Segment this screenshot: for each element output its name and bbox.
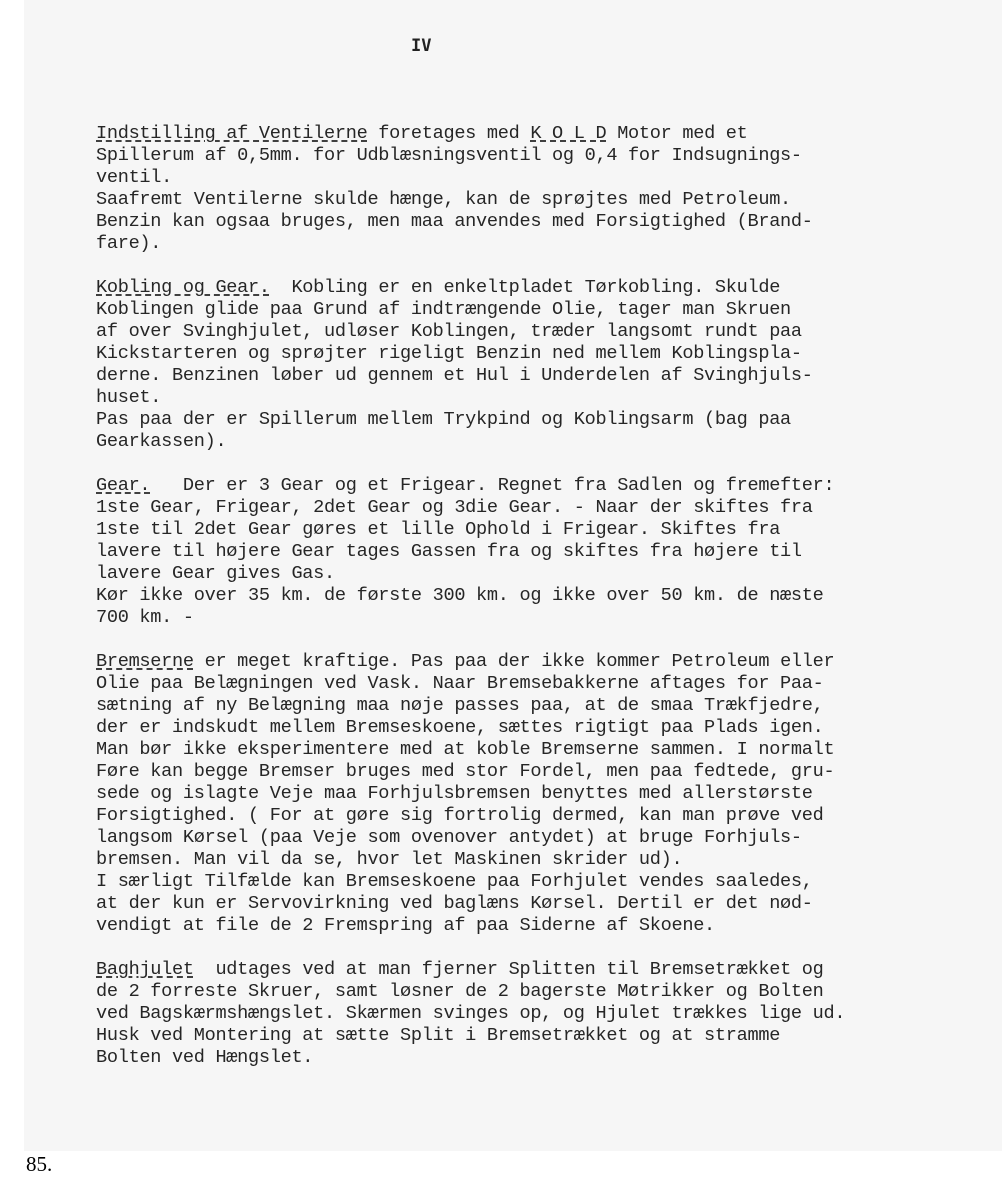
- section-heading: Bremserne: [96, 651, 194, 672]
- text-line: Forsigtighed. ( For at gøre sig fortroli…: [96, 805, 1002, 827]
- text-line: der er indskudt mellem Bremseskoene, sæt…: [96, 717, 1002, 739]
- text-line: Saafremt Ventilerne skulde hænge, kan de…: [96, 189, 1002, 211]
- section-heading: Baghjulet: [96, 959, 194, 980]
- text-line: Man bør ikke eksperimentere med at koble…: [96, 739, 1002, 761]
- paragraph-ventiler: Indstilling af Ventilerne foretages med …: [96, 123, 1002, 255]
- text-line: at der kun er Servovirkning ved baglæns …: [96, 893, 1002, 915]
- text-line: Spillerum af 0,5mm. for Udblæsningsventi…: [96, 145, 1002, 167]
- text-line: Gearkassen).: [96, 431, 1002, 453]
- text-line: 1ste til 2det Gear gøres et lille Ophold…: [96, 519, 1002, 541]
- text-line: lavere Gear gives Gas.: [96, 563, 1002, 585]
- page-number: 85.: [26, 1152, 52, 1177]
- text-line: Gear. Der er 3 Gear og et Frigear. Regne…: [96, 475, 1002, 497]
- text-line: Baghjulet udtages ved at man fjerner Spl…: [96, 959, 1002, 981]
- text-line: af over Svinghjulet, udløser Koblingen, …: [96, 321, 1002, 343]
- text-line: derne. Benzinen løber ud gennem et Hul i…: [96, 365, 1002, 387]
- text-line: Indstilling af Ventilerne foretages med …: [96, 123, 1002, 145]
- section-heading: Indstilling af Ventilerne: [96, 123, 367, 144]
- text-line: ventil.: [96, 167, 1002, 189]
- text-line: Koblingen glide paa Grund af indtrængend…: [96, 299, 1002, 321]
- text-line: I særligt Tilfælde kan Bremseskoene paa …: [96, 871, 1002, 893]
- text-line: sede og islagte Veje maa Forhjulsbremsen…: [96, 783, 1002, 805]
- text-line: Pas paa der er Spillerum mellem Trykpind…: [96, 409, 1002, 431]
- text-line: huset.: [96, 387, 1002, 409]
- paragraph-baghjul: Baghjulet udtages ved at man fjerner Spl…: [96, 959, 1002, 1069]
- text-line: Benzin kan ogsaa bruges, men maa anvende…: [96, 211, 1002, 233]
- paragraph-kobling: Kobling og Gear. Kobling er en enkeltpla…: [96, 277, 1002, 453]
- text-line: ved Bagskærmshængslet. Skærmen svinges o…: [96, 1003, 1002, 1025]
- text-line: Bremserne er meget kraftige. Pas paa der…: [96, 651, 1002, 673]
- text-line: Kør ikke over 35 km. de første 300 km. o…: [96, 585, 1002, 607]
- text-line: lavere til højere Gear tages Gassen fra …: [96, 541, 1002, 563]
- text-line: Husk ved Montering at sætte Split i Brem…: [96, 1025, 1002, 1047]
- text-line: 1ste Gear, Frigear, 2det Gear og 3die Ge…: [96, 497, 1002, 519]
- text-line: vendigt at file de 2 Fremspring af paa S…: [96, 915, 1002, 937]
- text-line: fare).: [96, 233, 1002, 255]
- section-number-heading: IV: [411, 36, 431, 56]
- text-line: Kobling og Gear. Kobling er en enkeltpla…: [96, 277, 1002, 299]
- text-line: langsom Kørsel (paa Veje som ovenover an…: [96, 827, 1002, 849]
- text-line: Føre kan begge Bremser bruges med stor F…: [96, 761, 1002, 783]
- section-heading: Gear.: [96, 475, 150, 496]
- section-heading: Kobling og Gear.: [96, 277, 270, 298]
- text-line: Bolten ved Hængslet.: [96, 1047, 1002, 1069]
- text-line: Olie paa Belægningen ved Vask. Naar Brem…: [96, 673, 1002, 695]
- paragraph-gear: Gear. Der er 3 Gear og et Frigear. Regne…: [96, 475, 1002, 629]
- paragraph-bremser: Bremserne er meget kraftige. Pas paa der…: [96, 651, 1002, 937]
- text-line: Kickstarteren og sprøjter rigeligt Benzi…: [96, 343, 1002, 365]
- text-line: bremsen. Man vil da se, hvor let Maskine…: [96, 849, 1002, 871]
- text-line: sætning af ny Belægning maa nøje passes …: [96, 695, 1002, 717]
- scanned-page: IV Indstilling af Ventilerne foretages m…: [24, 0, 1002, 1151]
- text-line: 700 km. -: [96, 607, 1002, 629]
- document-body: Indstilling af Ventilerne foretages med …: [96, 123, 1002, 1091]
- emphasis-cold: K O L D: [530, 123, 606, 144]
- text-line: de 2 forreste Skruer, samt løsner de 2 b…: [96, 981, 1002, 1003]
